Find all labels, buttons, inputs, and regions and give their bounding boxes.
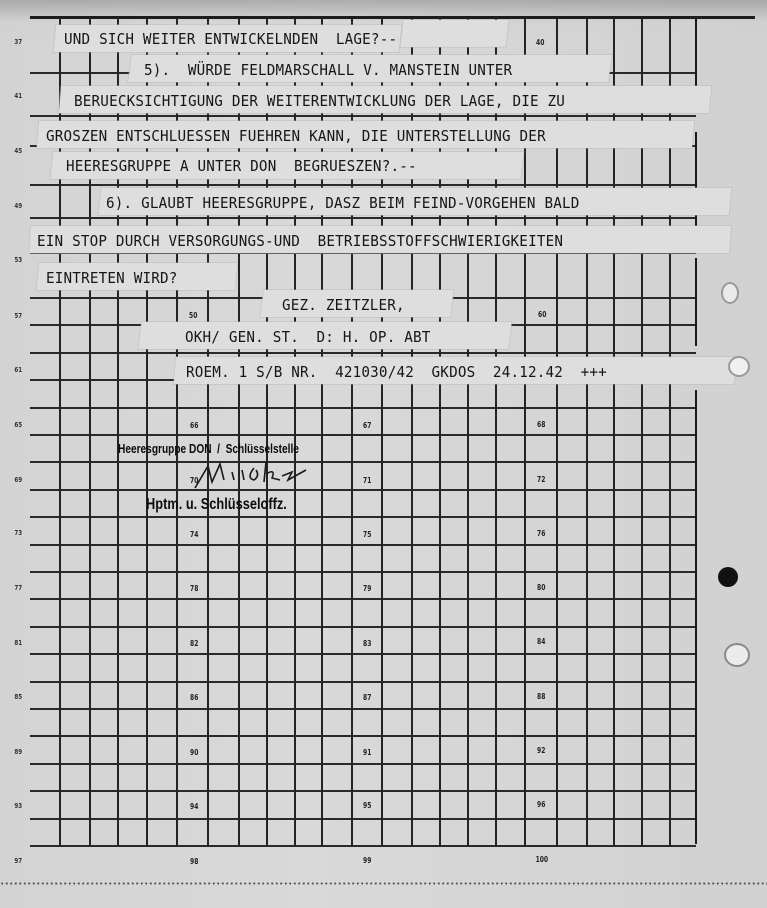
message-line-6: 6). GLAUBT HEERESGRUPPE, DASZ BEIM FEIND… (106, 194, 580, 212)
message-line-5: HEERESGRUPPE A UNTER DON BEGRUESZEN?.-- (66, 157, 417, 175)
grid-row-line (30, 626, 696, 628)
document-page: 37 41 45 49 53 57 61 65 69 73 77 81 85 8… (0, 0, 767, 908)
grid-row-line (30, 790, 696, 792)
message-line-2: 5). WÜRDE FELDMARSCHALL V. MANSTEIN UNTE… (144, 61, 512, 79)
cell-label: 82 (190, 639, 198, 648)
grid-row-line (30, 544, 696, 546)
cell-label: 92 (537, 746, 545, 755)
row-label: 57 (14, 312, 33, 320)
message-line-3: BERUECKSICHTIGUNG DER WEITERENTWICKLUNG … (74, 92, 565, 110)
grid-row-line (30, 598, 696, 600)
cell-label: 80 (537, 583, 545, 592)
cell-label: 91 (363, 748, 371, 757)
cell-label: 66 (190, 421, 198, 430)
stamp-heeresgruppe: Heeresgruppe DON / Schlüsselstelle (118, 441, 299, 456)
cell-label: 78 (190, 584, 198, 593)
message-line-1: UND SICH WEITER ENTWICKELNDEN LAGE?-- (64, 30, 397, 48)
stamp-hauptmann: Hptm. u. Schlüsseloffz. (146, 496, 287, 514)
grid-row-line (30, 434, 696, 436)
row-label: 81 (14, 639, 33, 647)
grid-row-line (30, 461, 696, 463)
reference-line: ROEM. 1 S/B NR. 421030/42 GKDOS 24.12.42… (186, 363, 607, 381)
grid-right-border (695, 258, 697, 346)
message-line-8: EINTRETEN WIRD? (46, 269, 178, 287)
row-label: 97 (14, 857, 33, 865)
grid-row-line (30, 818, 696, 820)
cell-label: 100 (536, 855, 549, 864)
grid-row-line (30, 763, 696, 765)
cell-label: 75 (363, 530, 371, 539)
grid-row-line (30, 571, 696, 573)
cell-label: 84 (537, 637, 545, 646)
row-label: 53 (14, 256, 33, 264)
row-label: 89 (14, 748, 33, 756)
row-label: 49 (14, 202, 33, 210)
cell-label: 50 (189, 311, 197, 320)
cell-label: 99 (363, 856, 371, 865)
signed-by: GEZ. ZEITZLER, (282, 296, 405, 314)
grid-right-border (695, 390, 697, 844)
cell-label: 83 (363, 639, 371, 648)
cell-label: 96 (537, 800, 545, 809)
grid-row-line (30, 653, 696, 655)
perforation-line (0, 882, 767, 885)
row-label: 77 (14, 584, 33, 592)
cell-label: 86 (190, 693, 198, 702)
cell-label: 95 (363, 801, 371, 810)
row-label: 41 (14, 92, 33, 100)
punch-hole-icon (718, 567, 738, 587)
cell-label: 60 (538, 310, 546, 319)
cell-label: 76 (537, 529, 545, 538)
cell-label: 71 (363, 476, 371, 485)
grid-row-line (30, 735, 696, 737)
cell-label: 40 (536, 38, 544, 47)
row-label: 85 (14, 693, 33, 701)
message-line-7: EIN STOP DURCH VERSORGUNGS-UND BETRIEBSS… (37, 232, 563, 250)
grid-row-line (30, 845, 696, 847)
cell-label: 87 (363, 693, 371, 702)
grid-row-line (30, 516, 696, 518)
tape-strip (401, 20, 509, 47)
row-label: 61 (14, 366, 33, 374)
grid-row-line (30, 352, 696, 354)
cell-label: 72 (537, 475, 545, 484)
row-label: 37 (14, 38, 33, 46)
message-line-4: GROSZEN ENTSCHLUESSEN FUEHREN KANN, DIE … (46, 127, 546, 145)
grid-row-line (30, 489, 696, 491)
top-rule (30, 16, 755, 19)
row-label: 69 (14, 476, 33, 484)
punch-hole-icon (728, 356, 750, 377)
cell-label: 88 (537, 692, 545, 701)
row-label: 73 (14, 529, 33, 537)
grid-right-border (695, 17, 697, 87)
cell-label: 98 (190, 857, 198, 866)
cell-label: 79 (363, 584, 371, 593)
grid-row-line (30, 217, 696, 219)
handwritten-signature-icon (180, 458, 360, 498)
office-line: OKH/ GEN. ST. D: H. OP. ABT (185, 328, 431, 346)
grid-row-line (30, 115, 696, 117)
punch-hole-icon (724, 643, 750, 667)
grid-row-line (30, 708, 696, 710)
grid-row-line (30, 407, 696, 409)
row-label: 93 (14, 802, 33, 810)
cell-label: 74 (190, 530, 198, 539)
cell-label: 94 (190, 802, 198, 811)
cell-label: 67 (363, 421, 371, 430)
grid-row-line (30, 681, 696, 683)
cell-label: 68 (537, 420, 545, 429)
punch-hole-icon (721, 282, 739, 304)
row-label: 65 (14, 421, 33, 429)
grid-row-line (30, 184, 696, 186)
cell-label: 90 (190, 748, 198, 757)
row-label: 45 (14, 147, 33, 155)
